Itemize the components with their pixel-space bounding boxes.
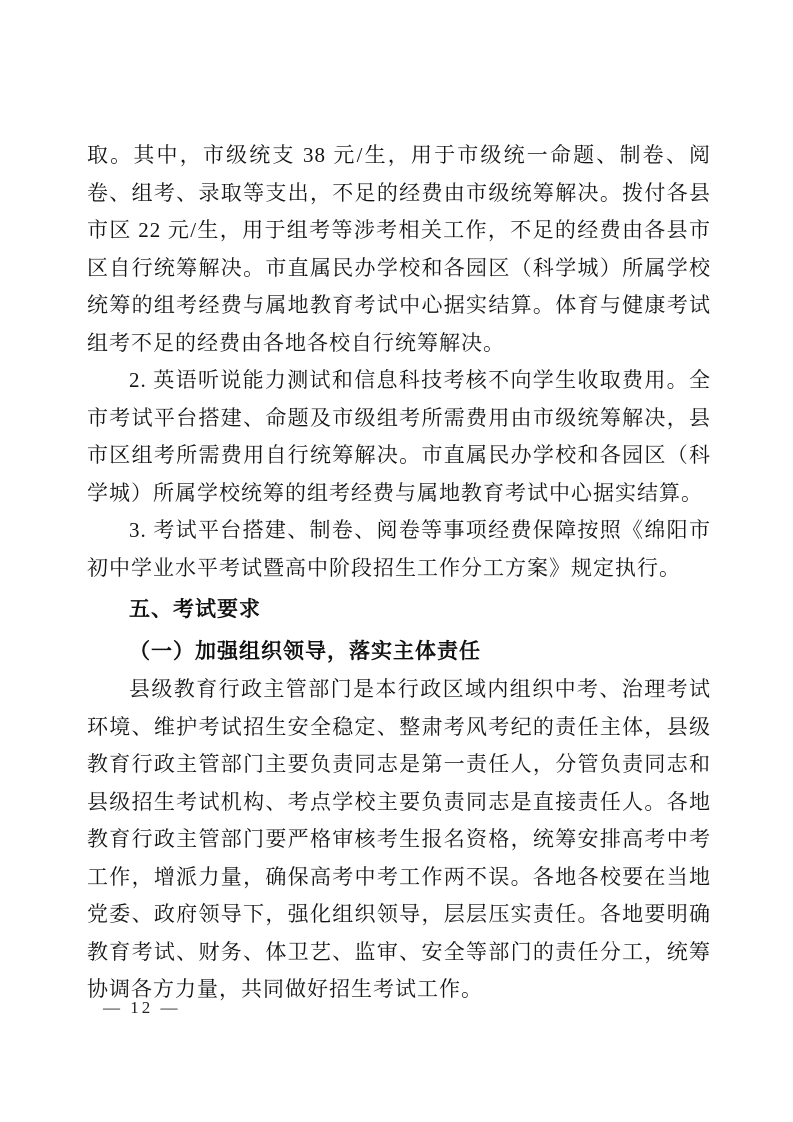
paragraph-funding-continuation: 取。其中，市级统支 38 元/生，用于市级统一命题、制卷、阅卷、组考、录取等支出… (87, 137, 711, 362)
subsection-heading-strengthen-leadership: （一）加强组织领导，落实主体责任 (87, 633, 711, 671)
document-body: 取。其中，市级统支 38 元/生，用于市级统一命题、制卷、阅卷、组考、录取等支出… (87, 137, 711, 1009)
page-number: — 12 — (103, 998, 181, 1017)
paragraph-item-2-english-listening-fees: 2. 英语听说能力测试和信息科技考核不向学生收取费用。全市考试平台搭建、命题及市… (87, 362, 711, 512)
paragraph-item-3-platform-funding: 3. 考试平台搭建、制卷、阅卷等事项经费保障按照《绵阳市初中学业水平考试暨高中阶… (87, 512, 711, 587)
document-page: 取。其中，市级统支 38 元/生，用于市级统一命题、制卷、阅卷、组考、录取等支出… (0, 0, 793, 1122)
section-heading-exam-requirements: 五、考试要求 (87, 591, 711, 629)
page-footer: — 12 — (103, 996, 181, 1020)
paragraph-responsibility-duties: 县级教育行政主管部门是本行政区域内组织中考、治理考试环境、维护考试招生安全稳定、… (87, 671, 711, 1009)
